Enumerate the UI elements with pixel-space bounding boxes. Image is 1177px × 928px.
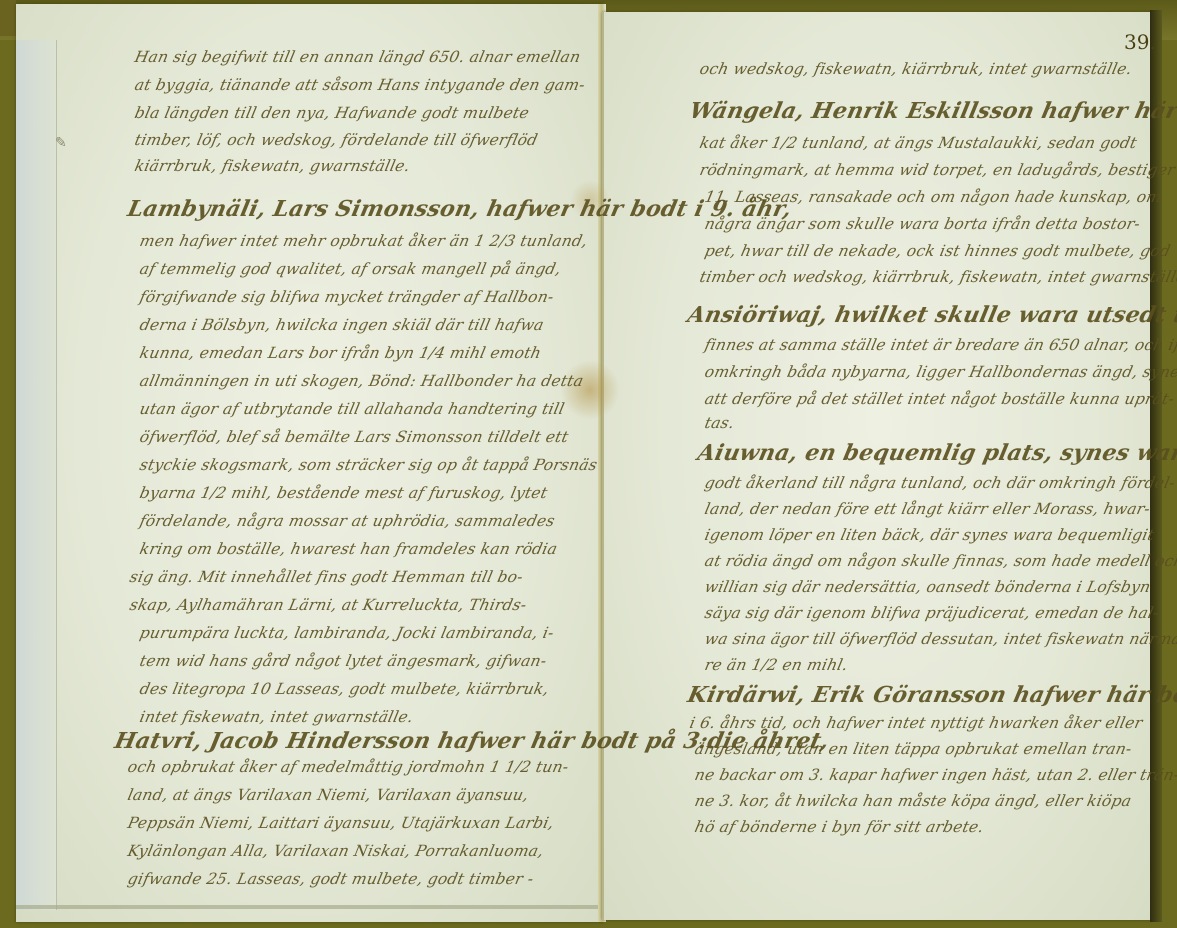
- text-line: tas.: [703, 414, 736, 432]
- text-line: ängesland, utan en liten täppa opbrukat …: [693, 740, 1133, 758]
- underlying-page-edge: [16, 40, 57, 910]
- text-line: gifwande 25. Lasseas, godt mulbete, godt…: [126, 870, 535, 888]
- text-line: kat åker 1/2 tunland, at ängs Mustalaukk…: [698, 134, 1138, 152]
- text-line: land, at ängs Varilaxan Niemi, Varilaxan…: [126, 786, 530, 804]
- text-line: finnes at samma ställe intet är bredare …: [703, 336, 1177, 354]
- paragraph-heading-line: Wängela, Henrik Eskillsson hafwer här bo…: [687, 98, 1177, 124]
- text-line: Peppsän Niemi, Laittari äyansuu, Utajärk…: [126, 814, 556, 832]
- paragraph-heading-line: Lambynäli, Lars Simonsson, hafwer här bo…: [125, 196, 794, 222]
- text-line: fördelande, några mossar at uphrödia, sa…: [138, 512, 556, 530]
- text-line: willian sig där nedersättia, oansedt bön…: [703, 578, 1152, 596]
- text-line: hö af bönderne i byn för sitt arbete.: [693, 818, 985, 836]
- text-line: af temmelig god qwalitet, af orsak mange…: [138, 260, 563, 278]
- text-line: re än 1/2 en mihl.: [703, 656, 850, 674]
- text-line: Han sig begifwit till en annan längd 650…: [133, 48, 582, 66]
- paragraph-heading-line: Kirdärwi, Erik Göransson hafwer här bodt…: [685, 682, 1177, 708]
- text-line: utan ägor af utbrytande till allahanda h…: [138, 400, 566, 418]
- paragraph-heading-line: Ansiöriwaj, hwilket skulle wara utsedt t…: [685, 302, 1177, 328]
- text-line: intet fiskewatn, intet gwarnställe.: [138, 708, 415, 726]
- text-line: timber och wedskog, kiärrbruk, fiskewatn…: [698, 268, 1177, 286]
- text-line: och wedskog, fiskewatn, kiärrbruk, intet…: [698, 60, 1134, 78]
- text-line: skap, Aylhamähran Lärni, at Kurreluckta,…: [128, 596, 528, 614]
- text-line: at byggia, tiänande att såsom Hans intyg…: [133, 76, 587, 94]
- text-line: derna i Bölsbyn, hwilcka ingen skiäl där…: [138, 316, 545, 334]
- text-line: purumpära luckta, lambiranda, Jocki lamb…: [138, 624, 555, 642]
- text-line: säya sig där igenom blifwa präjudicerat,…: [703, 604, 1161, 622]
- text-line: några ängar som skulle wara borta ifrån …: [703, 215, 1142, 233]
- text-line: land, der nedan före ett långt kiärr ell…: [703, 500, 1152, 518]
- text-line: igenom löper en liten bäck, där synes wa…: [703, 526, 1156, 544]
- text-line: öfwerflöd, blef så bemälte Lars Simonsso…: [138, 428, 570, 446]
- text-line: timber, löf, och wedskog, fördelande til…: [133, 131, 539, 149]
- text-line: att derföre på det stället intet något b…: [703, 390, 1176, 408]
- ink-stain: [560, 360, 620, 420]
- text-line: ne 3. kor, åt hwilcka han måste köpa äng…: [693, 792, 1133, 810]
- text-line: rödningmark, at hemma wid torpet, en lad…: [698, 161, 1177, 179]
- text-line: men hafwer intet mehr opbrukat åker än 1…: [138, 232, 589, 250]
- text-line: at rödia ängd om någon skulle finnas, so…: [703, 552, 1177, 570]
- text-line: i 6. åhrs tid, och hafwer intet nyttigt …: [688, 714, 1144, 732]
- page-number: 39.: [1124, 30, 1156, 54]
- text-line: förgifwande sig blifwa mycket trängder a…: [138, 288, 555, 306]
- text-line: byarna 1/2 mihl, bestående mest af furus…: [138, 484, 549, 502]
- text-line: omkringh båda nybyarna, ligger Hallbonde…: [703, 363, 1177, 381]
- text-line: kiärrbruk, fiskewatn, gwarnställe.: [133, 157, 412, 175]
- text-line: ne backar om 3. kapar hafwer ingen häst,…: [693, 766, 1177, 784]
- paragraph-heading-line: Aiuwna, en bequemlig plats, synes wara t…: [695, 440, 1177, 466]
- text-line: des litegropa 10 Lasseas, godt mulbete, …: [138, 680, 551, 698]
- faint-bleed-through-mark: ✎: [55, 135, 67, 151]
- page-bottom-edge: [16, 905, 602, 909]
- text-line: bla längden till den nya, Hafwande godt …: [133, 104, 531, 122]
- text-line: kring om boställe, hwarest han framdeles…: [138, 540, 559, 558]
- text-line: Kylänlongan Alla, Varilaxan Niskai, Porr…: [126, 842, 545, 860]
- text-line: styckie skogsmark, som sträcker sig op å…: [138, 456, 599, 474]
- text-line: 11. Lasseas, ransakade och om någon hade…: [703, 188, 1163, 206]
- text-line: sig äng. Mit innehållet fins godt Hemman…: [128, 568, 525, 586]
- text-line: tem wid hans gård något lytet ängesmark,…: [138, 652, 548, 670]
- text-line: allmänningen in uti skogen, Bönd: Hallbo…: [138, 372, 585, 390]
- text-line: godt åkerland till några tunland, och dä…: [703, 474, 1177, 492]
- text-line: kunna, emedan Lars bor ifrån byn 1/4 mih…: [138, 344, 543, 362]
- right-page-shadow: [1150, 10, 1162, 922]
- text-line: wa sina ägor till öfwerflöd dessutan, in…: [703, 630, 1177, 648]
- text-line: och opbrukat åker af medelmåttig jordmoh…: [126, 758, 570, 776]
- text-line: pet, hwar till de nekade, ock ist hinnes…: [703, 242, 1172, 260]
- backdrop-corner: [0, 0, 16, 36]
